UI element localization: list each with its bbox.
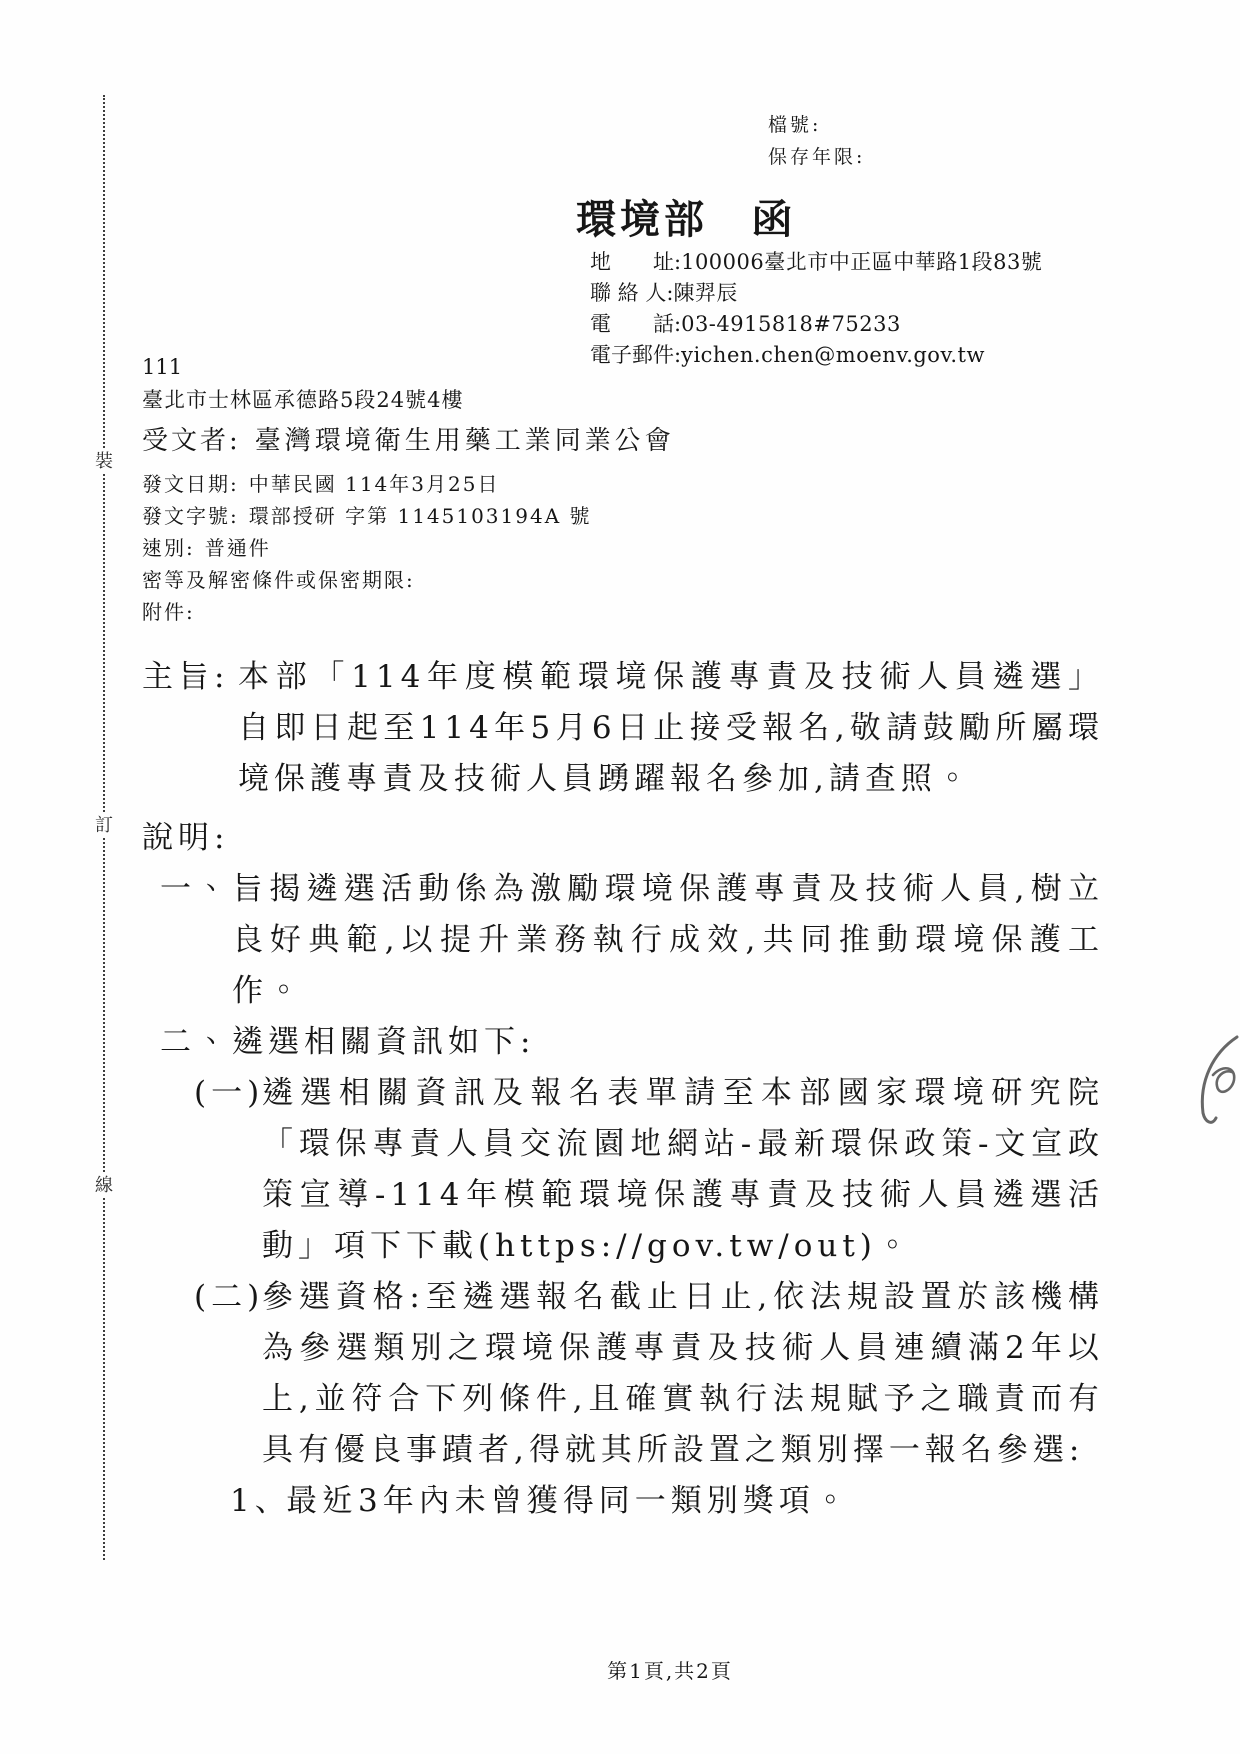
recipient-postal-code: 111 xyxy=(142,355,182,379)
doc-number-label: 發文字號: xyxy=(142,504,239,528)
addressee-label: 受文者: xyxy=(142,426,241,456)
sender-contact-value: 陳羿辰 xyxy=(673,281,738,305)
explanation-label: 說明: xyxy=(142,813,1104,864)
letter-body: 主旨: 本部「114年度模範環境保護專責及技術人員遴選」自即日起至114年5月6… xyxy=(142,652,1104,1527)
file-number-label: 檔號: xyxy=(768,110,821,137)
issue-date-value: 中華民國 114年3月25日 xyxy=(249,472,500,496)
addressee-value: 臺灣環境衛生用藥工業同業公會 xyxy=(255,426,675,456)
subject-paragraph: 主旨: 本部「114年度模範環境保護專責及技術人員遴選」自即日起至114年5月6… xyxy=(142,652,1104,805)
item-text: 旨揭遴選活動係為激勵環境保護專責及技術人員,樹立良好典範,以提升業務執行成效,共… xyxy=(232,864,1104,1017)
item-marker: 二、 xyxy=(160,1017,232,1068)
priority-value: 普通件 xyxy=(205,536,271,560)
subitem-marker: (二) xyxy=(194,1272,262,1476)
page-indicator: 第1頁,共2頁 xyxy=(100,1655,1240,1684)
sender-phone-row: 電 話:03-4915818#75233 xyxy=(590,309,1042,340)
sender-address-label: 地 址: xyxy=(590,250,681,274)
subitem-text: 參選資格:至遴選報名截止日止,依法規設置於該機構為參選類別之環境保護專責及技術人… xyxy=(262,1272,1104,1476)
binding-mark-xian: 線 xyxy=(90,1174,118,1198)
addressee-row: 受文者:臺灣環境衛生用藥工業同業公會 xyxy=(142,420,675,457)
issue-date-row: 發文日期:中華民國 114年3月25日 xyxy=(142,468,499,497)
item-text: 遴選相關資訊如下: xyxy=(232,1017,1104,1068)
handwritten-mark xyxy=(1193,1033,1240,1128)
explanation-item-2: 二、 遴選相關資訊如下: xyxy=(160,1017,1104,1068)
sender-phone-value: 03-4915818#75233 xyxy=(681,312,901,336)
sender-email-value: yichen.chen@moenv.gov.tw xyxy=(681,343,985,367)
sender-address-row: 地 址:100006臺北市中正區中華路1段83號 xyxy=(590,247,1042,278)
doc-number-value: 環部授研 字第 1145103194A 號 xyxy=(249,504,592,528)
sender-contact-row: 聯 絡 人:陳羿辰 xyxy=(590,278,1042,309)
scanned-letter-page: 裝 訂 線 檔號: 保存年限: 環境部 函 地 址:100006臺北市中正區中華… xyxy=(0,0,1240,1754)
condition-text: 最近3年內未曾獲得同一類別獎項。 xyxy=(286,1476,1104,1527)
subject-label: 主旨: xyxy=(142,652,238,805)
condition-item-1: 1、 最近3年內未曾獲得同一類別獎項。 xyxy=(230,1476,1104,1527)
explanation-subitem-2: (二) 參選資格:至遴選報名截止日止,依法規設置於該機構為參選類別之環境保護專責… xyxy=(194,1272,1104,1476)
sender-contact-label: 聯 絡 人: xyxy=(590,281,673,305)
sender-info-block: 地 址:100006臺北市中正區中華路1段83號 聯 絡 人:陳羿辰 電 話:0… xyxy=(590,247,1042,371)
recipient-street-address: 臺北市士林區承德路5段24號4樓 xyxy=(142,384,463,414)
item-marker: 一、 xyxy=(160,864,232,1017)
explanation-item-1: 一、 旨揭遴選活動係為激勵環境保護專責及技術人員,樹立良好典範,以提升業務執行成… xyxy=(160,864,1104,1017)
priority-label: 速別: xyxy=(142,536,195,560)
sender-email-row: 電子郵件:yichen.chen@moenv.gov.tw xyxy=(590,340,1042,371)
sender-phone-label: 電 話: xyxy=(590,312,681,336)
security-label: 密等及解密條件或保密期限: xyxy=(142,564,415,593)
attachment-label: 附件: xyxy=(142,596,195,625)
subitem-marker: (一) xyxy=(194,1068,262,1272)
subitem-text: 遴選相關資訊及報名表單請至本部國家環境研究院「環保專責人員交流園地網站-最新環保… xyxy=(262,1068,1104,1272)
issue-date-label: 發文日期: xyxy=(142,472,239,496)
subject-text: 本部「114年度模範環境保護專責及技術人員遴選」自即日起至114年5月6日止接受… xyxy=(238,652,1104,805)
doc-number-row: 發文字號:環部授研 字第 1145103194A 號 xyxy=(142,500,592,529)
priority-row: 速別:普通件 xyxy=(142,532,271,561)
explanation-subitem-1: (一) 遴選相關資訊及報名表單請至本部國家環境研究院「環保專責人員交流園地網站-… xyxy=(194,1068,1104,1272)
condition-marker: 1、 xyxy=(230,1476,286,1527)
retention-period-label: 保存年限: xyxy=(768,142,865,169)
sender-address-value: 100006臺北市中正區中華路1段83號 xyxy=(681,250,1042,274)
agency-title: 環境部 函 xyxy=(576,188,796,245)
sender-email-label: 電子郵件: xyxy=(590,343,681,367)
binding-mark-zhuang: 裝 xyxy=(90,450,118,474)
binding-mark-ding: 訂 xyxy=(90,814,118,838)
